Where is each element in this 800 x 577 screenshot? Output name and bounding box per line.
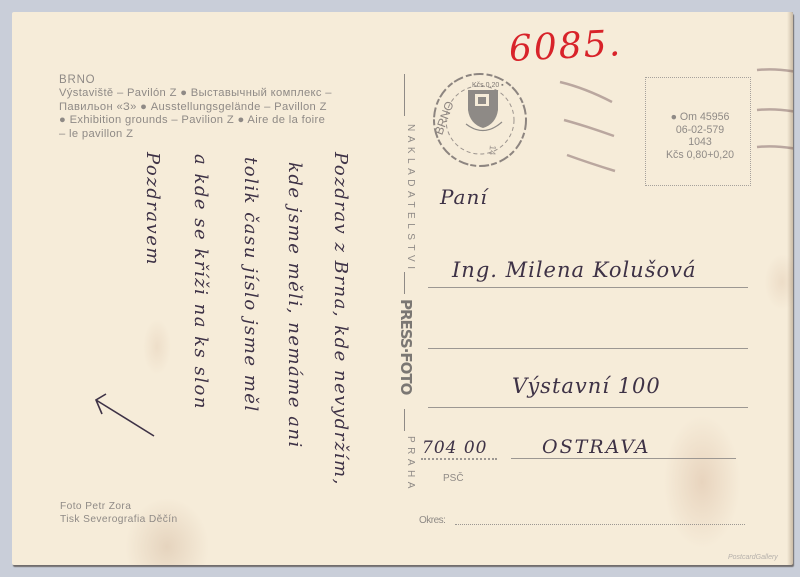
address-salutation: Paní	[440, 185, 488, 209]
postal-code: 704 00	[422, 438, 487, 458]
watermark: PostcardGallery	[728, 554, 778, 561]
postcard: BRNO Výstaviště – Pavilón Z ● Выставычны…	[12, 12, 793, 565]
psc-label: PSČ	[443, 473, 464, 484]
district-label: Okres:	[419, 515, 445, 526]
franking-line: ● Om 45956	[656, 111, 744, 124]
address-city: OSTRAVA	[542, 436, 651, 458]
message-line: tolik času jíslo jsme měl	[240, 157, 261, 413]
divider	[404, 409, 405, 431]
address-line	[428, 287, 748, 288]
photographer-credit: Foto Petr Zora	[60, 501, 178, 514]
franking-line: 06-02-579	[656, 124, 744, 137]
franking-text: ● Om 45956 06-02-579 1043 Kčs 0,80+0,20	[656, 111, 744, 161]
arrow-icon	[92, 392, 172, 442]
address-line	[428, 407, 748, 408]
city-line	[511, 458, 736, 459]
divider	[404, 272, 405, 294]
publisher-bottom-text: PRAHA	[394, 436, 416, 493]
franking-line: Kčs 0,80+0,20	[656, 149, 744, 162]
message-line: kde jsme měli, nemáme ani	[284, 162, 305, 449]
address-line	[428, 348, 748, 349]
press-foto-logo: PRESS·FOTO	[395, 299, 415, 394]
address-street: Výstavní 100	[512, 374, 661, 398]
message-line: a kde se kříži na ks slon	[190, 154, 211, 410]
stamp-area: ● Om 45956 06-02-579 1043 Kčs 0,80+0,20	[645, 77, 751, 186]
address-name: Ing. Milena Kolušová	[452, 258, 697, 282]
psc-dots	[421, 458, 497, 460]
message-signature: Pozdravem	[142, 152, 163, 266]
photo-credits: Foto Petr Zora Tisk Severografia Děčín	[60, 501, 178, 526]
district-line	[455, 524, 745, 525]
printer-credit: Tisk Severografia Děčín	[60, 514, 178, 527]
message-line: Pozdrav z Brna, kde nevydržím,	[330, 152, 351, 486]
franking-line: 1043	[656, 136, 744, 149]
